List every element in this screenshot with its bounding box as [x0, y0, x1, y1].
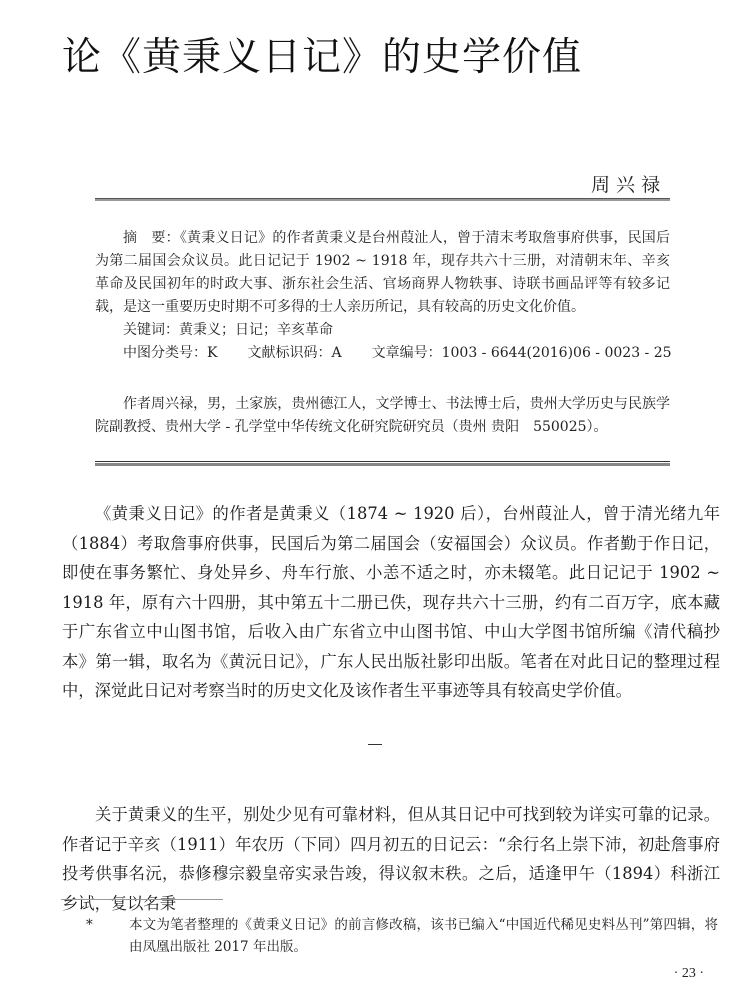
article-title: 论《黄秉义日记》的史学价值 [62, 38, 582, 77]
clc-label: 中图分类号： [123, 345, 207, 361]
author-bio-block: 作者周兴禄，男，土家族，贵州德江人，文学博士、书法博士后，贵州大学历史与民族学院… [95, 393, 670, 439]
abstract-block: 摘 要：《黄秉义日记》的作者黄秉义是台州葭沚人，曾于清末考取詹事府供事，民国后为… [95, 227, 670, 365]
intro-section: 《黄秉义日记》的作者是黄秉义（1874 ~ 1920 后），台州葭沚人，曾于清光… [62, 499, 720, 706]
abstract-bottom-rule [95, 461, 670, 466]
footnote-mark: * [86, 914, 93, 936]
author-bio: 作者周兴禄，男，土家族，贵州德江人，文学博士、书法博士后，贵州大学历史与民族学院… [95, 393, 670, 439]
clc-value: K [207, 345, 217, 361]
article-no-value: 1003 - 6644(2016)06 - 0023 - 25 [442, 345, 672, 361]
footnote-text: 本文为笔者整理的《黄秉义日记》的前言修改稿，该书已编入“中国近代稀见史料丛刊”第… [129, 914, 718, 958]
abstract-paragraph: 摘 要：《黄秉义日记》的作者黄秉义是台州葭沚人，曾于清末考取詹事府供事，民国后为… [95, 227, 670, 319]
intro-paragraph: 《黄秉义日记》的作者是黄秉义（1874 ~ 1920 后），台州葭沚人，曾于清光… [62, 499, 720, 706]
section-numeral-one [368, 744, 382, 745]
doc-code-value: A [331, 345, 341, 361]
abstract-text: 《黄秉义日记》的作者黄秉义是台州葭沚人，曾于清末考取詹事府供事，民国后为第二届国… [95, 230, 670, 315]
section-heading [0, 733, 750, 754]
keywords-line: 关键词：黄秉义；日记；辛亥革命 [95, 319, 670, 342]
doc-code-label: 文献标识码： [247, 345, 331, 361]
footnote-rule [61, 899, 223, 900]
abstract-label: 摘 要： [123, 230, 180, 246]
page-number: · 23 · [674, 966, 704, 982]
classification-line: 中图分类号：K文献标识码：A文章编号：1003 - 6644(2016)06 -… [95, 342, 670, 365]
footnote: * 本文为笔者整理的《黄秉义日记》的前言修改稿，该书已编入“中国近代稀见史料丛刊… [86, 914, 718, 958]
keywords-label: 关键词： [123, 322, 179, 338]
section-1: 关于黄秉义的生平，别处少见有可靠材料，但从其日记中可找到较为详实可靠的记录。作者… [62, 800, 720, 918]
section-1-paragraph: 关于黄秉义的生平，别处少见有可靠材料，但从其日记中可找到较为详实可靠的记录。作者… [62, 800, 720, 918]
article-no-label: 文章编号： [372, 345, 442, 361]
author-name: 周兴禄 [591, 170, 666, 197]
keywords-value: 黄秉义；日记；辛亥革命 [179, 322, 333, 338]
abstract-top-rule [95, 198, 670, 201]
